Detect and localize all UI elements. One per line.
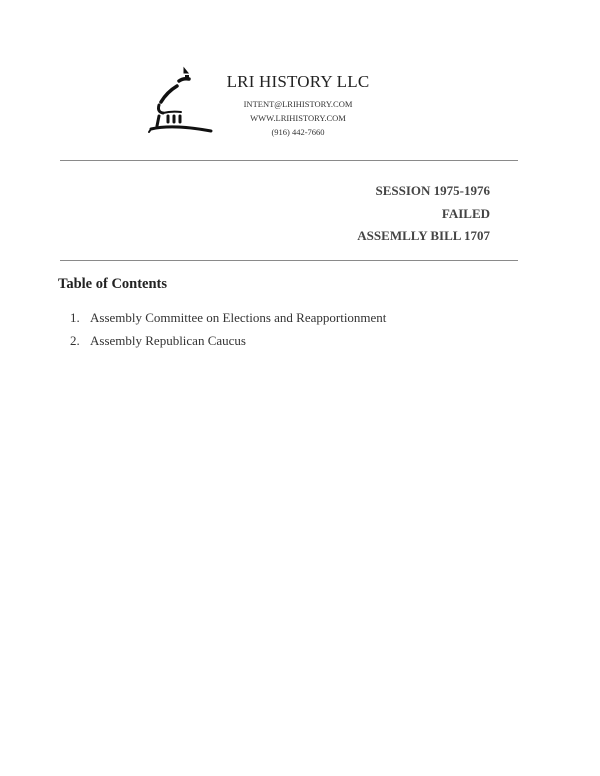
toc-item-label[interactable]: Assembly Republican Caucus: [90, 329, 246, 352]
toc-item-label[interactable]: Assembly Committee on Elections and Reap…: [90, 306, 386, 329]
company-website: WWW.LRIHISTORY.COM: [218, 111, 378, 125]
company-phone: (916) 442-7660: [218, 125, 378, 139]
divider-top: [60, 160, 518, 161]
toc-item[interactable]: 2. Assembly Republican Caucus: [70, 329, 386, 352]
session-label: SESSION 1975-1976: [357, 180, 490, 203]
toc-list: 1. Assembly Committee on Elections and R…: [70, 306, 386, 352]
toc-item[interactable]: 1. Assembly Committee on Elections and R…: [70, 306, 386, 329]
bill-label: ASSEMLLY BILL 1707: [357, 225, 490, 248]
company-block: LRI HISTORY LLC INTENT@LRIHISTORY.COM WW…: [218, 72, 378, 139]
toc-item-number: 1.: [70, 306, 90, 329]
capitol-dome-icon: [143, 64, 215, 138]
toc-title: Table of Contents: [58, 276, 167, 293]
company-email: INTENT@LRIHISTORY.COM: [218, 97, 378, 111]
bill-info: SESSION 1975-1976 FAILED ASSEMLLY BILL 1…: [357, 180, 490, 248]
divider-bottom: [60, 260, 518, 261]
toc-item-number: 2.: [70, 329, 90, 352]
status-label: FAILED: [357, 203, 490, 226]
company-name: LRI HISTORY LLC: [218, 72, 378, 92]
